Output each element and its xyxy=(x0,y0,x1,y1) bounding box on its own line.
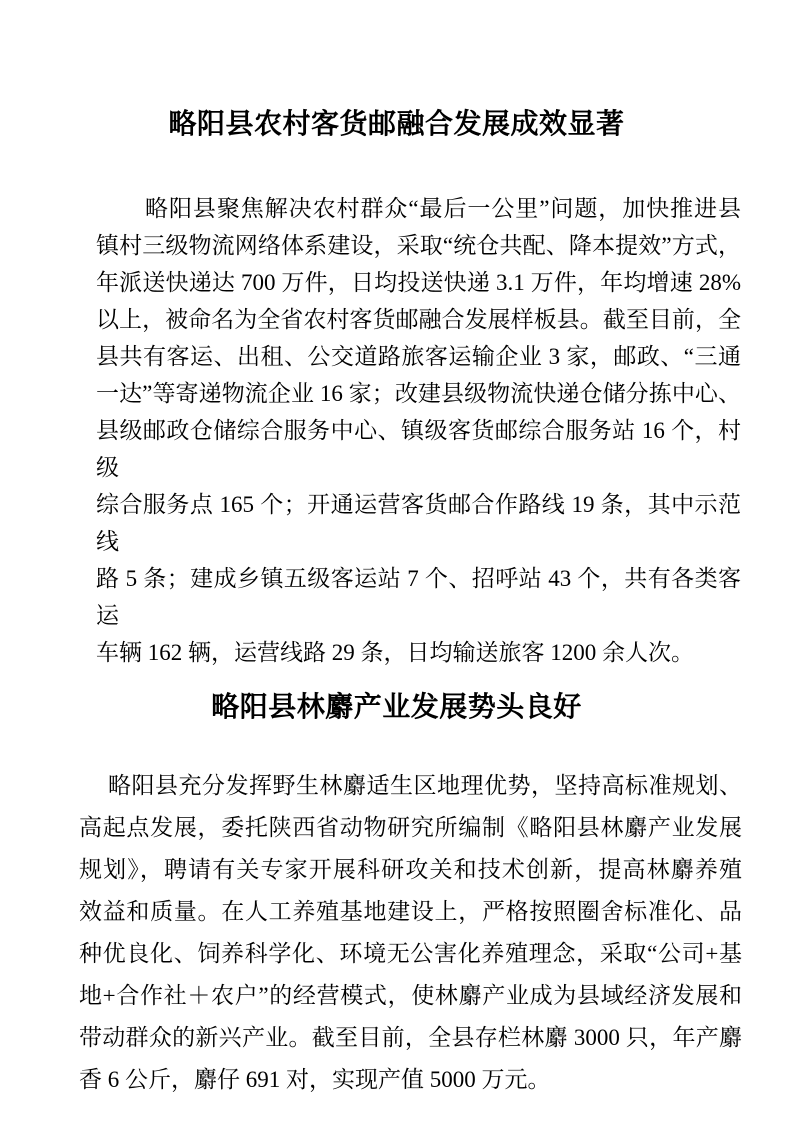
text-line: 略阳县充分发挥野生林麝适生区地理优势，坚持高标准规划、 xyxy=(79,765,742,807)
article-1-body: 略阳县聚焦解决农村群众“最后一公里”问题，加快推进县 镇村三级物流网络体系建设，… xyxy=(96,190,741,671)
article-2-title: 略阳县林麝产业发展势头良好 xyxy=(0,689,793,727)
text-line: 效益和质量。在人工养殖基地建设上，严格按照圈舍标准化、品 xyxy=(79,891,742,933)
text-line: 综合服务点 165 个；开通运营客货邮合作路线 19 条，其中示范线 xyxy=(96,486,741,560)
text-line: 地+合作社＋农户”的经营模式，使林麝产业成为县域经济发展和 xyxy=(79,975,742,1017)
text-line: 镇村三级物流网络体系建设，采取“统仓共配、降本提效”方式， xyxy=(96,227,741,264)
text-line: 香 6 公斤，麝仔 691 对，实现产值 5000 万元。 xyxy=(79,1059,742,1101)
text-line: 年派送快递达 700 万件，日均投送快递 3.1 万件，年均增速 28% xyxy=(96,264,741,301)
text-line: 规划》，聘请有关专家开展科研攻关和技术创新，提高林麝养殖 xyxy=(79,849,742,891)
text-line: 县共有客运、出租、公交道路旅客运输企业 3 家，邮政、“三通 xyxy=(96,338,741,375)
text-line: 略阳县聚焦解决农村群众“最后一公里”问题，加快推进县 xyxy=(96,190,741,227)
text-line: 县级邮政仓储综合服务中心、镇级客货邮综合服务站 16 个，村级 xyxy=(96,412,741,486)
text-line: 路 5 条；建成乡镇五级客运站 7 个、招呼站 43 个，共有各类客运 xyxy=(96,560,741,634)
text-line: 带动群众的新兴产业。截至目前，全县存栏林麝 3000 只，年产麝 xyxy=(79,1017,742,1059)
text-line: 以上，被命名为全省农村客货邮融合发展样板县。截至目前，全 xyxy=(96,301,741,338)
text-line: 一达”等寄递物流企业 16 家；改建县级物流快递仓储分拣中心、 xyxy=(96,375,741,412)
text-line: 种优良化、饲养科学化、环境无公害化养殖理念，采取“公司+基 xyxy=(79,933,742,975)
article-1-title: 略阳县农村客货邮融合发展成效显著 xyxy=(0,106,793,144)
article-2-body: 略阳县充分发挥野生林麝适生区地理优势，坚持高标准规划、 高起点发展，委托陕西省动… xyxy=(79,765,742,1101)
text-line: 车辆 162 辆，运营线路 29 条，日均输送旅客 1200 余人次。 xyxy=(96,634,741,671)
document-page: 略阳县农村客货邮融合发展成效显著 略阳县聚焦解决农村群众“最后一公里”问题，加快… xyxy=(0,0,793,1122)
text-line: 高起点发展，委托陕西省动物研究所编制《略阳县林麝产业发展 xyxy=(79,807,742,849)
